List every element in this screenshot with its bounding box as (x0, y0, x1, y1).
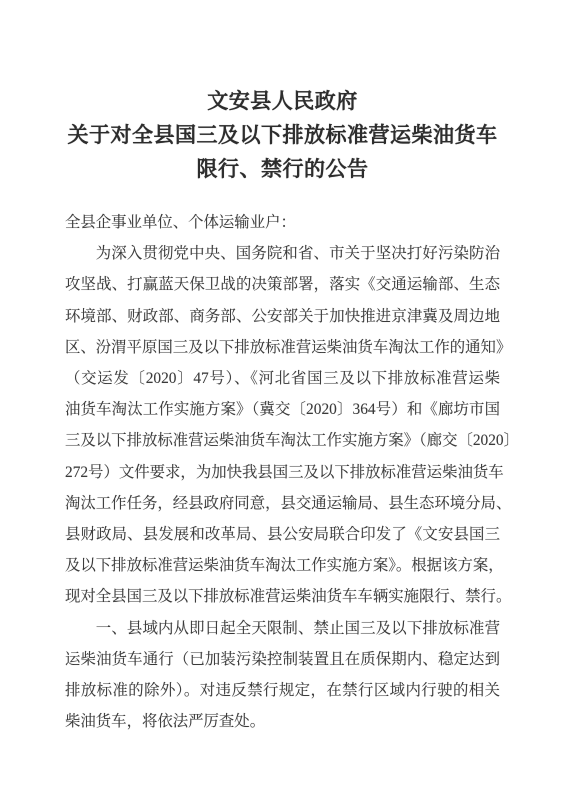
body-line: 攻坚战、打赢蓝天保卫战的决策部署，落实《交通运输部、生态 (65, 269, 500, 300)
body-line: 排放标准的除外）。对违反禁行规定，在禁行区域内行驶的相关 (65, 675, 500, 706)
title-line-subject: 关于对全县国三及以下排放标准营运柴油货车 (65, 118, 500, 152)
body-line-item-one: 一、县域内从即日起全天限制、禁止国三及以下排放标准营 (65, 613, 500, 644)
body-line: 区、汾渭平原国三及以下排放标准营运柴油货车淘汰工作的通知》 (65, 332, 500, 363)
body-line: 为深入贯彻党中央、国务院和省、市关于坚决打好污染防治 (65, 238, 500, 269)
body-line: 现对全县国三及以下排放标准营运柴油货车车辆实施限行、禁行。 (65, 581, 500, 612)
body-line: 淘汰工作任务，经县政府同意，县交通运输局、县生态环境分局、 (65, 488, 500, 519)
scanned-document-page: 文安县人民政府 关于对全县国三及以下排放标准营运柴油货车 限行、禁行的公告 全县… (0, 0, 562, 800)
body-closing-line: 柴油货车，将依法严厉查处。 (65, 706, 500, 737)
body-line: 及以下排放标准营运柴油货车淘汰工作实施方案》。根据该方案， (65, 550, 500, 581)
document-body: 全县企事业单位、个体运输业户： 为深入贯彻党中央、国务院和省、市关于坚决打好污染… (65, 207, 500, 737)
body-line: 县财政局、县发展和改革局、县公安局联合印发了《文安县国三 (65, 519, 500, 550)
title-line-type: 限行、禁行的公告 (65, 152, 500, 186)
body-line: （交运发〔2020〕47号）、《河北省国三及以下排放标准营运柴 (65, 363, 500, 394)
body-line: 三及以下排放标准营运柴油货车淘汰工作实施方案》（廊交〔2020〕 (65, 425, 500, 456)
body-line: 环境部、财政部、商务部、公安部关于加快推进京津冀及周边地 (65, 301, 500, 332)
salutation-line: 全县企事业单位、个体运输业户： (65, 207, 500, 238)
body-line: 272号）文件要求，为加快我县国三及以下排放标准营运柴油货车 (65, 457, 500, 488)
document-content-column: 文安县人民政府 关于对全县国三及以下排放标准营运柴油货车 限行、禁行的公告 全县… (65, 0, 500, 737)
body-line: 运柴油货车通行（已加装污染控制装置且在质保期内、稳定达到 (65, 644, 500, 675)
document-title: 文安县人民政府 关于对全县国三及以下排放标准营运柴油货车 限行、禁行的公告 (65, 84, 500, 186)
body-line: 油货车淘汰工作实施方案》（冀交〔2020〕364号）和《廊坊市国 (65, 394, 500, 425)
title-line-issuer: 文安县人民政府 (65, 84, 500, 118)
